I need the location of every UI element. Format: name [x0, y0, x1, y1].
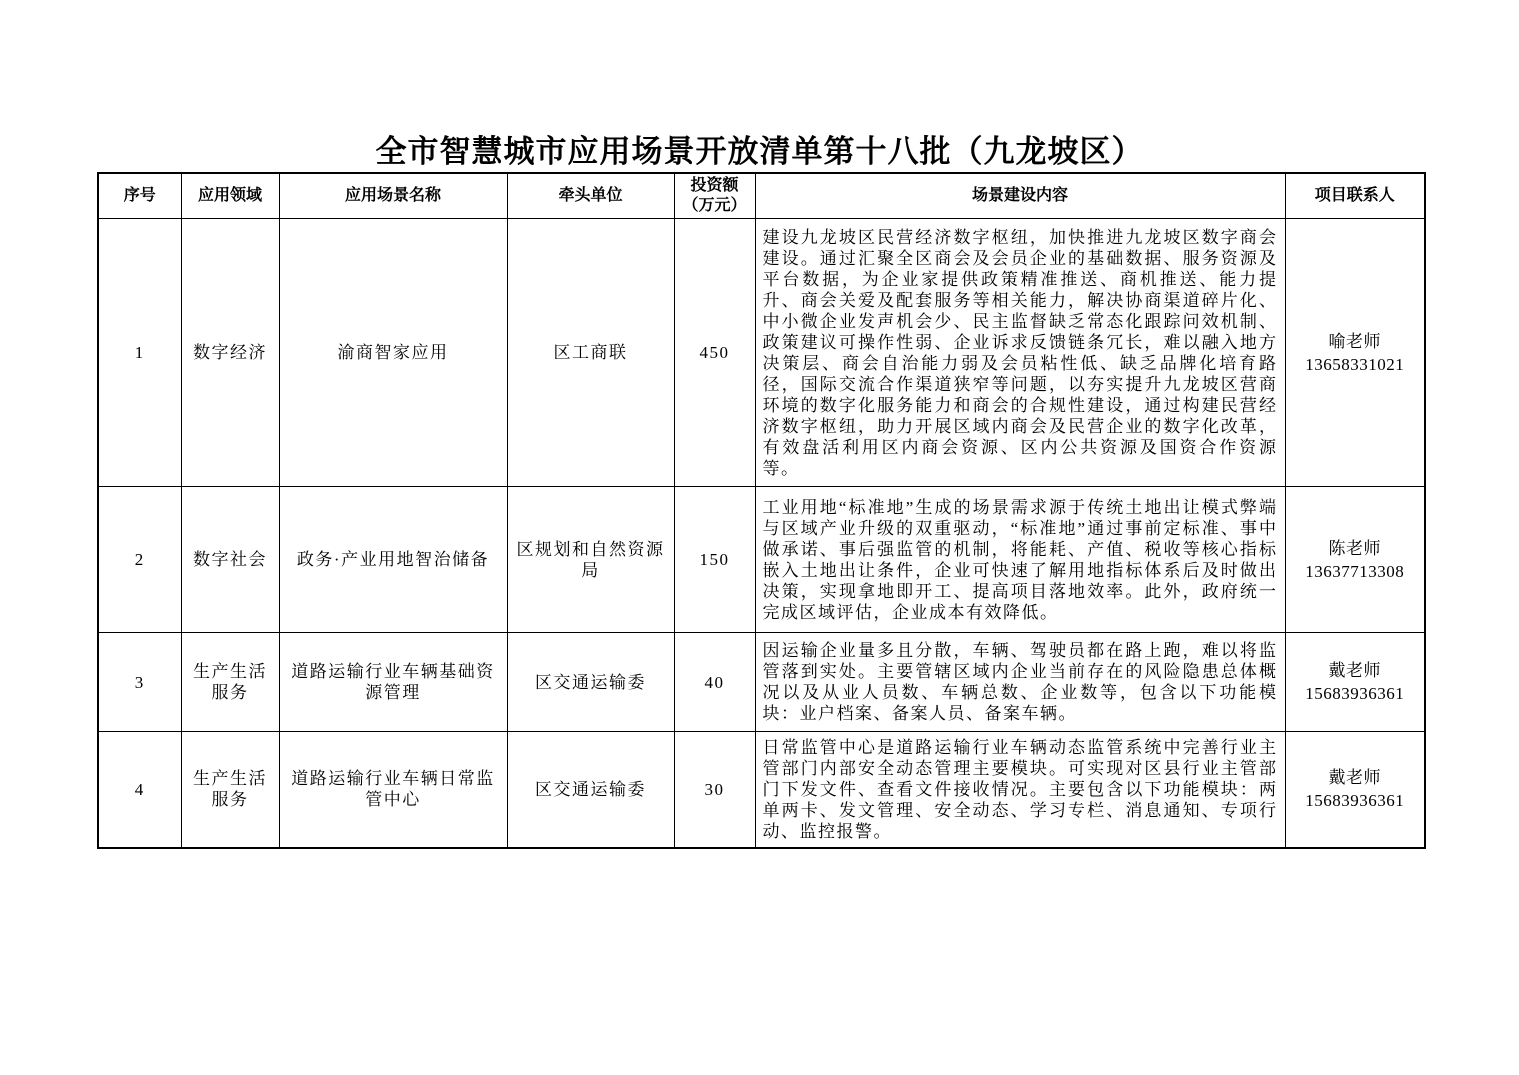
cell-lead-unit: 区规划和自然资源局: [507, 487, 674, 633]
table-row: 4 生产生活服务 道路运输行业车辆日常监管中心 区交通运输委 30 日常监管中心…: [98, 732, 1425, 848]
cell-field: 数字经济: [181, 219, 279, 487]
cell-scenario: 政务·产业用地智治储备: [279, 487, 507, 633]
cell-investment: 30: [674, 732, 755, 848]
cell-lead-unit: 区交通运输委: [507, 732, 674, 848]
table-row: 1 数字经济 渝商智家应用 区工商联 450 建设九龙坡区民营经济数字枢纽，加快…: [98, 219, 1425, 487]
cell-seq: 1: [98, 219, 181, 487]
contact-phone: 13637713308: [1290, 560, 1421, 583]
header-lead-unit: 牵头单位: [507, 173, 674, 219]
document-page: 全市智慧城市应用场景开放清单第十八批（九龙坡区） 序号 应用领域 应用场景名称 …: [0, 0, 1519, 1075]
contact-name: 陈老师: [1290, 537, 1421, 560]
cell-field: 数字社会: [181, 487, 279, 633]
table-row: 2 数字社会 政务·产业用地智治储备 区规划和自然资源局 150 工业用地“标准…: [98, 487, 1425, 633]
table-row: 3 生产生活服务 道路运输行业车辆基础资源管理 区交通运输委 40 因运输企业量…: [98, 633, 1425, 732]
cell-contact: 陈老师 13637713308: [1285, 487, 1425, 633]
cell-scenario: 道路运输行业车辆基础资源管理: [279, 633, 507, 732]
contact-name: 喻老师: [1290, 330, 1421, 353]
cell-lead-unit: 区工商联: [507, 219, 674, 487]
cell-seq: 2: [98, 487, 181, 633]
cell-contact: 戴老师 15683936361: [1285, 633, 1425, 732]
cell-content: 因运输企业量多且分散，车辆、驾驶员都在路上跑，难以将监管落到实处。主要管辖区域内…: [755, 633, 1285, 732]
cell-seq: 3: [98, 633, 181, 732]
cell-investment: 40: [674, 633, 755, 732]
contact-name: 戴老师: [1290, 659, 1421, 682]
header-contact: 项目联系人: [1285, 173, 1425, 219]
cell-seq: 4: [98, 732, 181, 848]
header-investment: 投资额 （万元）: [674, 173, 755, 219]
cell-content: 日常监管中心是道路运输行业车辆动态监管系统中完善行业主管部门内部安全动态管理主要…: [755, 732, 1285, 848]
cell-lead-unit: 区交通运输委: [507, 633, 674, 732]
cell-content: 建设九龙坡区民营经济数字枢纽，加快推进九龙坡区数字商会建设。通过汇聚全区商会及会…: [755, 219, 1285, 487]
cell-contact: 戴老师 15683936361: [1285, 732, 1425, 848]
scenario-table: 序号 应用领域 应用场景名称 牵头单位 投资额 （万元） 场景建设内容 项目联系…: [97, 172, 1426, 849]
cell-field: 生产生活服务: [181, 732, 279, 848]
contact-phone: 15683936361: [1290, 682, 1421, 705]
cell-scenario: 渝商智家应用: [279, 219, 507, 487]
table-header-row: 序号 应用领域 应用场景名称 牵头单位 投资额 （万元） 场景建设内容 项目联系…: [98, 173, 1425, 219]
cell-investment: 150: [674, 487, 755, 633]
contact-phone: 13658331021: [1290, 353, 1421, 376]
page-title: 全市智慧城市应用场景开放清单第十八批（九龙坡区）: [0, 126, 1519, 171]
cell-contact: 喻老师 13658331021: [1285, 219, 1425, 487]
cell-investment: 450: [674, 219, 755, 487]
cell-scenario: 道路运输行业车辆日常监管中心: [279, 732, 507, 848]
contact-phone: 15683936361: [1290, 789, 1421, 812]
cell-field: 生产生活服务: [181, 633, 279, 732]
cell-content: 工业用地“标准地”生成的场景需求源于传统土地出让模式弊端与区域产业升级的双重驱动…: [755, 487, 1285, 633]
header-scenario: 应用场景名称: [279, 173, 507, 219]
header-field: 应用领域: [181, 173, 279, 219]
contact-name: 戴老师: [1290, 766, 1421, 789]
header-seq: 序号: [98, 173, 181, 219]
header-content: 场景建设内容: [755, 173, 1285, 219]
